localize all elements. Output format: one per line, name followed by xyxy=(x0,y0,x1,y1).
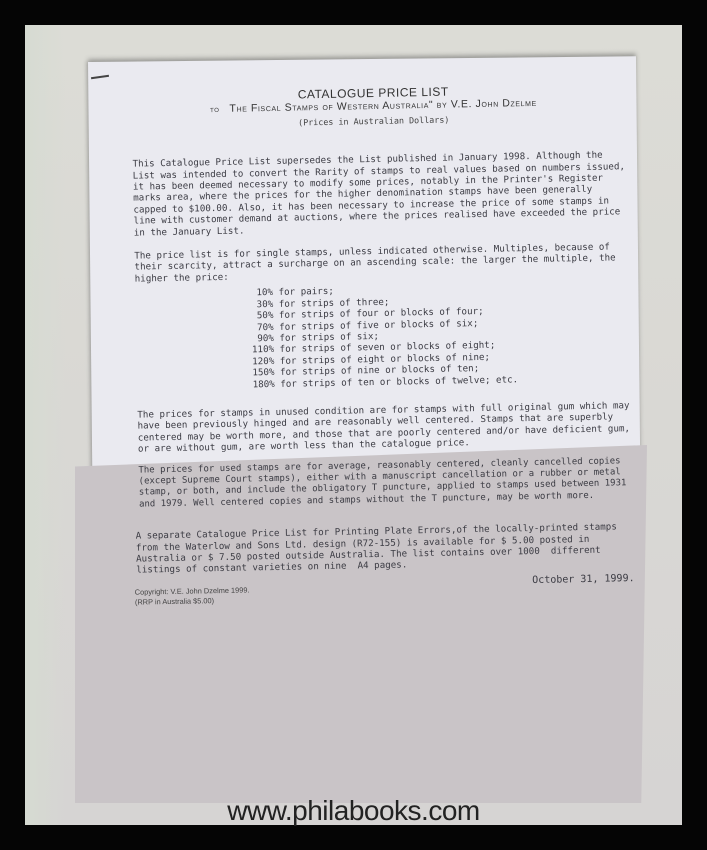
used-stamps-paragraph: The prices for used stamps are for avera… xyxy=(120,456,641,512)
surcharge-percent: 70% xyxy=(244,321,274,333)
surcharge-percent: 150% xyxy=(244,367,274,379)
surcharge-percent: 110% xyxy=(244,344,274,356)
surcharge-list: 10% for pairs;30% for strips of three;50… xyxy=(117,280,639,393)
surcharge-percent: 180% xyxy=(245,378,275,390)
price-list-document: CATALOGUE PRICE LIST toThe Fiscal Stamps… xyxy=(113,75,643,608)
multiples-paragraph: The price list is for single stamps, unl… xyxy=(116,241,637,285)
surcharge-percent: 90% xyxy=(244,333,274,345)
website-watermark: www.philabooks.com xyxy=(0,795,707,827)
surcharge-percent: 10% xyxy=(243,287,273,299)
photo-background: CATALOGUE PRICE LIST toThe Fiscal Stamps… xyxy=(25,25,682,825)
intro-paragraph: This Catalogue Price List supersedes the… xyxy=(114,149,635,239)
subtitle-prefix: to xyxy=(210,104,220,114)
plate-errors-paragraph: A separate Catalogue Price List for Prin… xyxy=(122,521,643,577)
surcharge-description: for pairs; xyxy=(273,286,334,298)
unused-condition-paragraph: The prices for stamps in unused conditio… xyxy=(119,400,640,456)
surcharge-percent: 30% xyxy=(243,299,273,311)
surcharge-percent: 120% xyxy=(244,356,274,368)
surcharge-percent: 50% xyxy=(243,310,273,322)
